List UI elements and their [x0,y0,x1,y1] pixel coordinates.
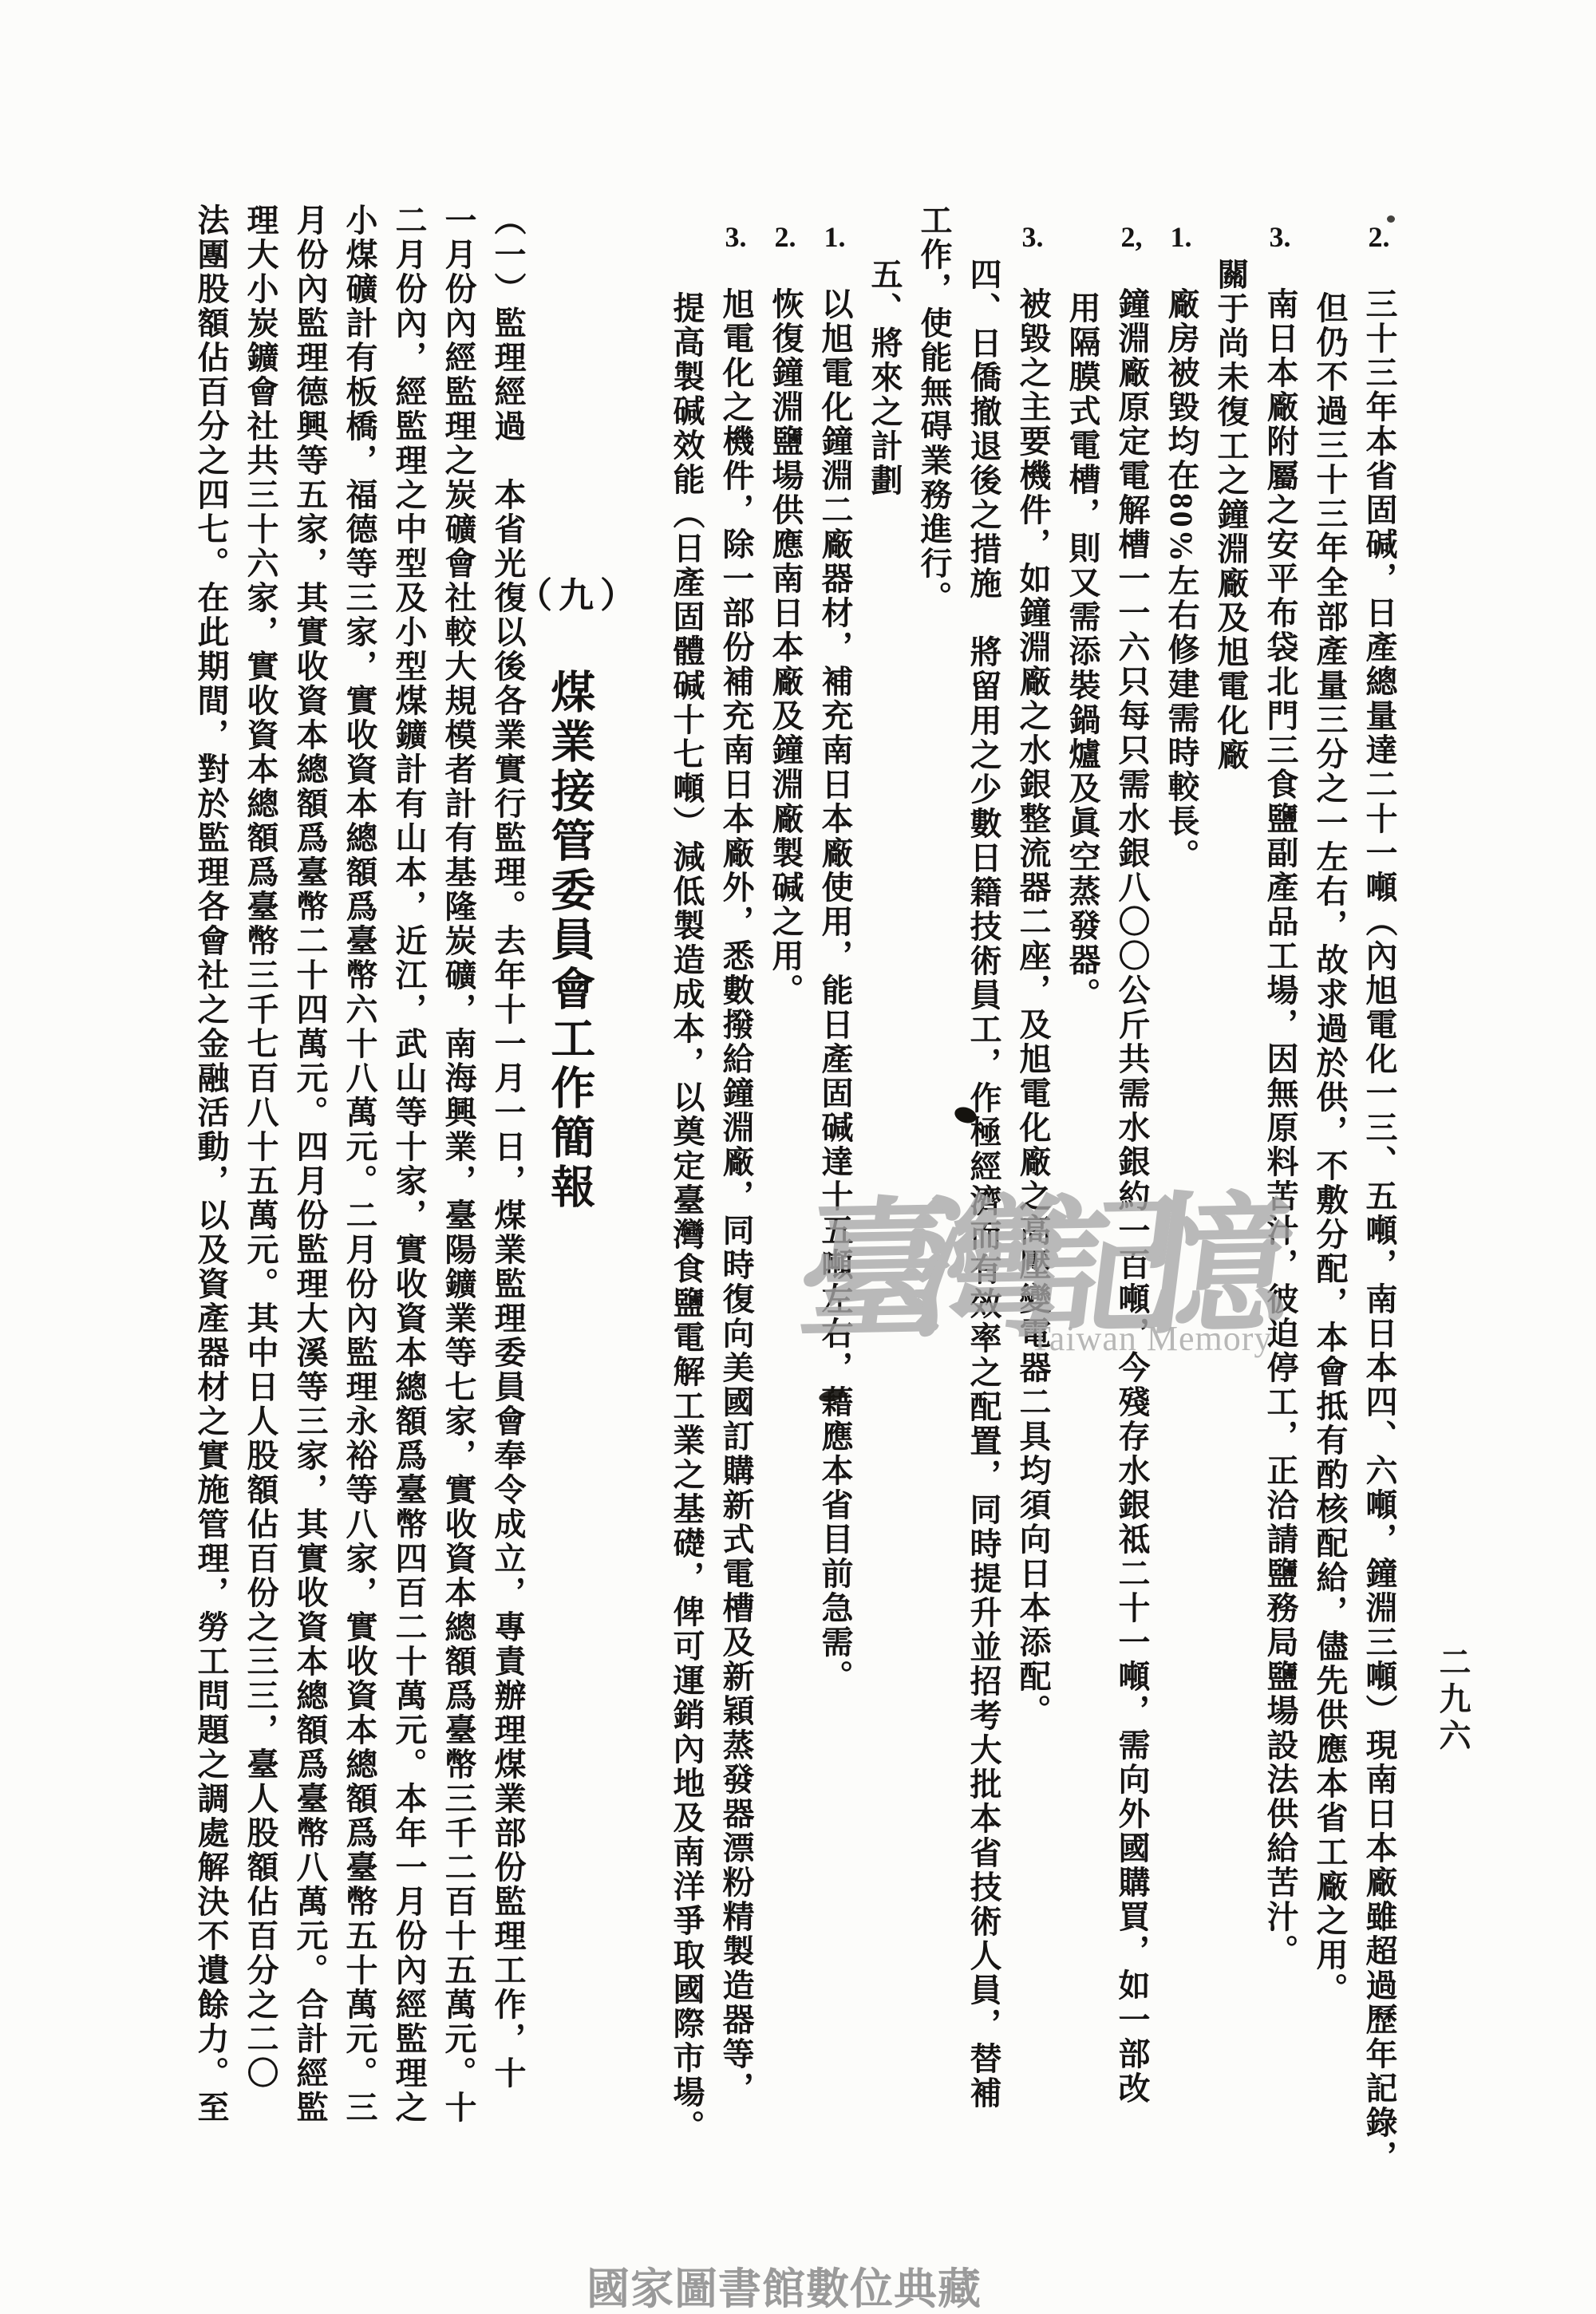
column-text: 關于尚未復工之鐘淵廠及旭電化廠 [1213,258,1249,772]
column-text: 南日本廠附屬之安平布袋北門三食鹽副產品工場，因無原料苦汁，彼迫停工，正洽請鹽務局… [1262,287,1298,1968]
item-number: 3. [725,222,747,254]
text-column: 工作，使能無碍業務進行。 [909,203,958,615]
column-text: 工作，使能無碍業務進行。 [916,203,952,615]
section-title-block: （九） 煤業接管委員會工作簡報 [517,567,621,1217]
text-column: 1.廠房被毀均在80%左右修建需時較長。 [1156,222,1206,873]
text-column: 五、將來之計劃 [859,258,909,498]
item-number: 2. [1369,222,1390,254]
column-text: 五、將來之計劃 [867,258,903,498]
text-column: 二月份內，經監理之中型及小型煤鑛計有山本，近江，武山等十家，實收資本總額爲臺幣四… [384,203,433,2125]
text-column: 關于尚未復工之鐘淵廠及旭電化廠 [1206,258,1255,772]
text-column: 但仍不過三十三年全部產量三分之一左右，故求過於供，不敷分配，本會抵有酌核配給，儘… [1305,291,1354,2007]
column-text: 廠房被毀均在80%左右修建需時較長。 [1163,287,1199,873]
text-column: 3.旭電化之機件，除一部份補充南日本廠外，悉數撥給鐘淵廠，同時復向美國訂購新式電… [711,222,760,2106]
text-column: 3.南日本廠附屬之安平布袋北門三食鹽副產品工場，因無原料苦汁，彼迫停工，正洽請鹽… [1255,222,1305,1968]
text-column: 一月份內經監理之炭礦會社較大規模者計有基隆炭礦，南海興業，臺陽鑛業等七家，實收資… [433,203,483,2125]
column-text: 理大小炭鑛會社共三十六家，實收資本總額爲臺幣三千七百八十五萬元。其中日人股額佔百… [243,203,279,2091]
column-text: 被毀之主要機件，如鐘淵廠之水銀整流器二座，及旭電化廠之高壓變電器二具均須向日本添… [1015,287,1051,1728]
text-column: 法團股額佔百分之四七。在此期間，對於監理各會社之金融活動，以及資產器材之實施管理… [186,203,235,2125]
column-text: 但仍不過三十三年全部產量三分之一左右，故求過於供，不敷分配，本會抵有酌核配給，儘… [1312,291,1348,2007]
column-text: 以旭電化鐘淵二廠器材，補充南日本廠使用，能日產固碱達十五噸左右，藉應本省目前急需… [817,287,853,1694]
section-title: 煤業接管委員會工作簡報 [543,669,595,1213]
text-column: 月份內監理德興等五家，其實收資本總額爲臺幣二十四萬元。四月份監理大溪等三家，其實… [285,203,334,2125]
page-number: 二九六 [1430,1645,1476,1755]
item-number: 1. [824,222,846,254]
item-number: 3. [1270,222,1291,254]
text-column: 提高製碱效能（日產固體碱十七噸）減低製造成本，以奠定臺灣食鹽電解工業之基礎，俾可… [662,291,711,2144]
watermark-taiwan-memory-latin: Taiwan Memory [1029,1318,1272,1359]
column-text: 法團股額佔百分之四七。在此期間，對於監理各會社之金融活動，以及資產器材之實施管理… [193,203,229,2125]
item-number: 3. [1022,222,1044,254]
text-column: 用隔膜式電槽，則又需添裝鍋爐及眞空蒸發器。 [1057,291,1107,1012]
column-text: 提高製碱效能（日產固體碱十七噸）減低製造成本，以奠定臺灣食鹽電解工業之基礎，俾可… [669,291,705,2144]
text-column: 理大小炭鑛會社共三十六家，實收資本總額爲臺幣三千七百八十五萬元。其中日人股額佔百… [235,203,285,2091]
text-column: 小煤礦計有板橋，福德等三家，實收資本總額爲臺幣六十八萬元。二月份內監理永裕等八家… [334,203,384,2125]
column-text: 小煤礦計有板橋，福德等三家，實收資本總額爲臺幣六十八萬元。二月份內監理永裕等八家… [342,203,377,2125]
text-column: 3.被毀之主要機件，如鐘淵廠之水銀整流器二座，及旭電化廠之高壓變電器二具均須向日… [1008,222,1057,1728]
item-number: 2, [1121,222,1143,254]
archive-caption: 國家圖書館數位典藏 [587,2255,982,2314]
ink-blot [1387,215,1395,223]
item-number: 2. [775,222,796,254]
section-number: （九） [517,567,621,618]
scanned-document-page: 2.三十三年本省固碱，日產總量達二十一噸（內旭電化一三、五噸，南日本四、六噸，鐘… [0,0,1596,2314]
column-text: 二月份內，經監理之中型及小型煤鑛計有山本，近江，武山等十家，實收資本總額爲臺幣四… [391,203,427,2125]
item-number: 1. [1171,222,1192,254]
column-text: 一月份內經監理之炭礦會社較大規模者計有基隆炭礦，南海興業，臺陽鑛業等七家，實收資… [440,203,476,2125]
column-text: 三十三年本省固碱，日產總量達二十一噸（內旭電化一三、五噸，南日本四、六噸，鐘淵三… [1361,287,1397,2174]
text-column: 2.恢復鐘淵鹽場供應南日本廠及鐘淵廠製碱之用。 [760,222,810,1008]
text-column: 2.三十三年本省固碱，日產總量達二十一噸（內旭電化一三、五噸，南日本四、六噸，鐘… [1354,222,1404,2174]
column-text: 月份內監理德興等五家，其實收資本總額爲臺幣二十四萬元。四月份監理大溪等三家，其實… [292,203,328,2125]
text-column: 1.以旭電化鐘淵二廠器材，補充南日本廠使用，能日產固碱達十五噸左右，藉應本省目前… [810,222,859,1694]
column-text: 恢復鐘淵鹽場供應南日本廠及鐘淵廠製碱之用。 [768,287,804,1008]
column-text: 旭電化之機件，除一部份補充南日本廠外，悉數撥給鐘淵廠，同時復向美國訂購新式電槽及… [718,287,754,2106]
column-text: 用隔膜式電槽，則又需添裝鍋爐及眞空蒸發器。 [1065,291,1100,1012]
